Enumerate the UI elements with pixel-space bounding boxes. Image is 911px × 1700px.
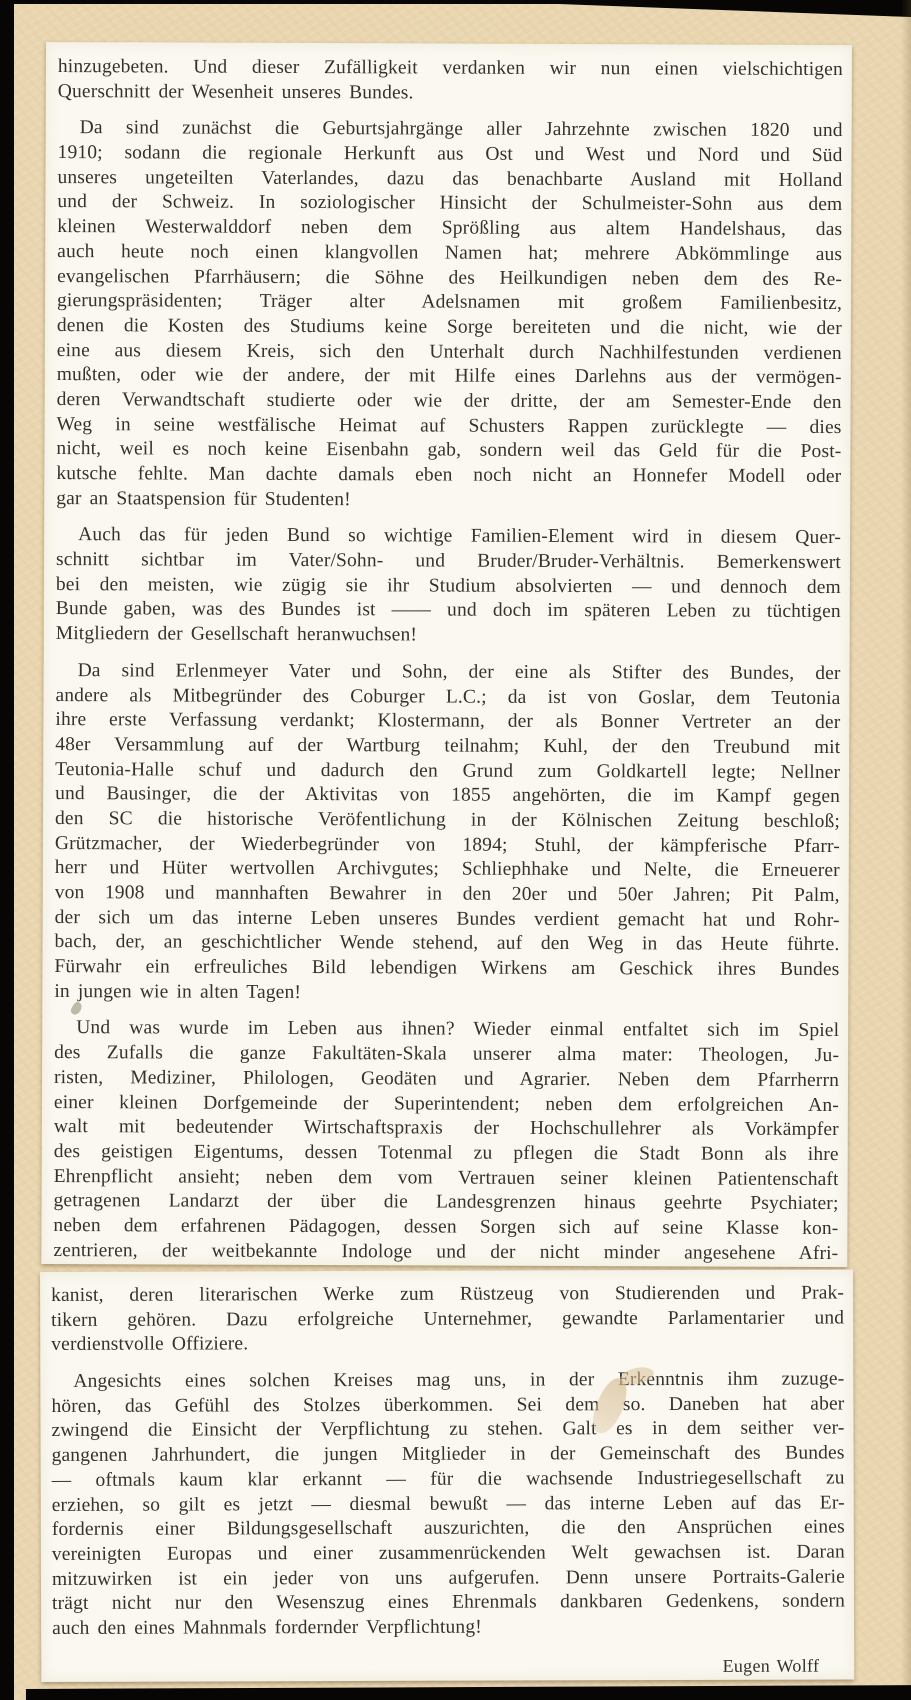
text-line: und der Schweiz. In soziologischer Hinsi…	[57, 190, 842, 218]
text-line: Fürwahr ein erfreuliches Bild lebendigen…	[54, 955, 839, 983]
text-line: des Zufalls die ganze Fakultäten-Skala u…	[54, 1041, 839, 1069]
scan-edge-right-shade	[901, 0, 911, 1700]
text-line: ihre erste Verfassung verdankt; Klosterm…	[55, 708, 840, 736]
text-line: andere als Mitbegründer des Coburger L.C…	[55, 684, 840, 712]
paper-strip-1: hinzugebeten. Und dieser Zufälligkeit ve…	[41, 42, 852, 1267]
text-line: risten, Mediziner, Philologen, Geodäten …	[54, 1066, 839, 1094]
text-line: und Bausinger, die der Aktivitas von 185…	[55, 782, 840, 810]
text-line: einer kleinen Dorfgemeinde der Superinte…	[54, 1091, 839, 1119]
text-line: bei den meisten, wie zügig sie ihr Studi…	[56, 573, 841, 601]
text-line: Weg in seine westfälische Heimat auf Sch…	[56, 413, 841, 441]
text-line: gar an Staatspension für Studenten!	[56, 487, 841, 515]
text-line: gierungspräsidenten; Träger alter Adelsn…	[57, 289, 842, 317]
scan-edge-bottom	[26, 1685, 911, 1700]
text-line: unseres ungeteilten Vaterlandes, dazu da…	[57, 166, 842, 194]
text-line: kutsche fehlte. Man dachte damals eben n…	[56, 462, 841, 490]
text-line: bach, der, an geschichtlicher Wende steh…	[54, 930, 839, 958]
text-line: 48er Versammlung auf der Wartburg teilna…	[55, 733, 840, 761]
text-line: der sich um das interne Leben unseres Bu…	[55, 906, 840, 934]
text-line: auch heute noch einen klangvollen Namen …	[57, 240, 842, 268]
text-line: — oftmals kaum klar erkannt — für die wa…	[52, 1466, 845, 1493]
scan-edge-left	[0, 0, 14, 1700]
scan-edge-top-right-wedge	[470, 0, 911, 17]
text-line: hören, das Gefühl des Stolzes überkommen…	[51, 1392, 844, 1419]
text-line: nicht, weil es noch keine Eisenbahn gab,…	[56, 437, 841, 465]
strip2-text: kanist, deren literarischen Werke zum Rü…	[51, 1281, 845, 1641]
paper-strip-2: kanist, deren literarischen Werke zum Rü…	[40, 1269, 854, 1682]
text-line: des geistigen Eigentums, dessen Totenmal…	[54, 1140, 839, 1168]
text-line: 1910; sodann die regionale Herkunft aus …	[58, 141, 843, 169]
text-line: fordernis einer Bildungsgesellschaft aus…	[52, 1516, 845, 1543]
text-line: kleinen Westerwalddorf neben dem Sprößli…	[57, 215, 842, 243]
author-signature: Eugen Wolff	[52, 1653, 845, 1680]
text-line: zwingend die Einsicht der Verpflichtung …	[51, 1417, 844, 1444]
text-line: herr und Hüter wertvollen Archivgutes; S…	[55, 856, 840, 884]
text-line: in jungen wie in alten Tagen!	[54, 980, 839, 1008]
text-line: eine aus diesem Kreis, sich den Unterhal…	[57, 339, 842, 367]
text-line: mitzuwirken ist ein jeder von uns aufger…	[52, 1565, 845, 1592]
text-line: hinzugebeten. Und dieser Zufälligkeit ve…	[58, 55, 843, 83]
text-line: kanist, deren literarischen Werke zum Rü…	[51, 1281, 844, 1308]
text-line: Mitgliedern der Gesellschaft heranwuchse…	[56, 622, 841, 650]
paragraph: Da sind Erlenmeyer Vater und Sohn, der e…	[54, 659, 840, 1008]
text-line: tikern gehören. Dazu erfolgreiche Untern…	[51, 1306, 844, 1333]
paragraph: kanist, deren literarischen Werke zum Rü…	[51, 1281, 844, 1358]
text-line: trägt nicht nur den Wesenszug eines Ehre…	[52, 1590, 845, 1617]
text-line: von 1908 und mannhaften Bewahrer in den …	[55, 881, 840, 909]
text-line: Teutonia-Halle schuf und dadurch den Gru…	[55, 758, 840, 786]
text-line: Angesichts eines solchen Kreises mag uns…	[51, 1368, 844, 1395]
paragraph: Da sind zunächst die Geburtsjahrgänge al…	[56, 116, 843, 514]
text-line: Auch das für jeden Bund so wichtige Fami…	[56, 523, 841, 551]
text-line: zentrieren, der weitbekannte Indologe un…	[53, 1239, 838, 1267]
strip1-text: hinzugebeten. Und dieser Zufälligkeit ve…	[53, 55, 843, 1266]
text-line: Grützmacher, der Wiederbegründer von 189…	[55, 832, 840, 860]
scanned-page: hinzugebeten. Und dieser Zufälligkeit ve…	[0, 0, 911, 1700]
text-line: deren Verwandtschaft studierte oder wie …	[57, 388, 842, 416]
text-line: Da sind zunächst die Geburtsjahrgänge al…	[58, 116, 843, 144]
paragraph: Und was wurde im Leben aus ihnen? Wieder…	[53, 1016, 839, 1266]
text-line: denen die Kosten des Studiums keine Sorg…	[57, 314, 842, 342]
text-line: Bunde gaben, was des Bundes ist —— und d…	[56, 597, 841, 625]
text-line: gangenen Jahrhundert, die jungen Mitglie…	[52, 1442, 845, 1469]
text-line: verdienstvolle Offiziere.	[51, 1331, 844, 1358]
text-line: Und was wurde im Leben aus ihnen? Wieder…	[54, 1016, 839, 1044]
paragraph: Auch das für jeden Bund so wichtige Fami…	[56, 523, 841, 649]
text-line: den SC die historische Veröfentlichung i…	[55, 807, 840, 835]
text-line: auch den eines Mahnmals fordernder Verpf…	[52, 1614, 845, 1641]
text-line: evangelischen Pfarrhäusern; die Söhne de…	[57, 265, 842, 293]
text-line: Querschnitt der Wesenheit unseres Bundes…	[58, 80, 843, 108]
text-line: erziehen, so gilt es jetzt — diesmal bew…	[52, 1491, 845, 1518]
text-line: vereinigten Europas und einer zusammenrü…	[52, 1540, 845, 1567]
text-line: mußten, oder wie der andere, der mit Hil…	[57, 363, 842, 391]
paragraph: Angesichts eines solchen Kreises mag uns…	[51, 1368, 845, 1642]
text-line: getragenen Landarzt der über die Landesg…	[54, 1189, 839, 1217]
text-line: walt mit bedeutender Wirtschaftspraxis d…	[54, 1115, 839, 1143]
text-line: schnitt sichtbar im Vater/Sohn- und Brud…	[56, 548, 841, 576]
paragraph: hinzugebeten. Und dieser Zufälligkeit ve…	[58, 55, 843, 107]
text-line: neben dem erfahrenen Pädagogen, dessen S…	[53, 1214, 838, 1242]
text-line: Da sind Erlenmeyer Vater und Sohn, der e…	[56, 659, 841, 687]
text-line: Ehrenpflicht ansieht; neben dem vom Vert…	[54, 1165, 839, 1193]
